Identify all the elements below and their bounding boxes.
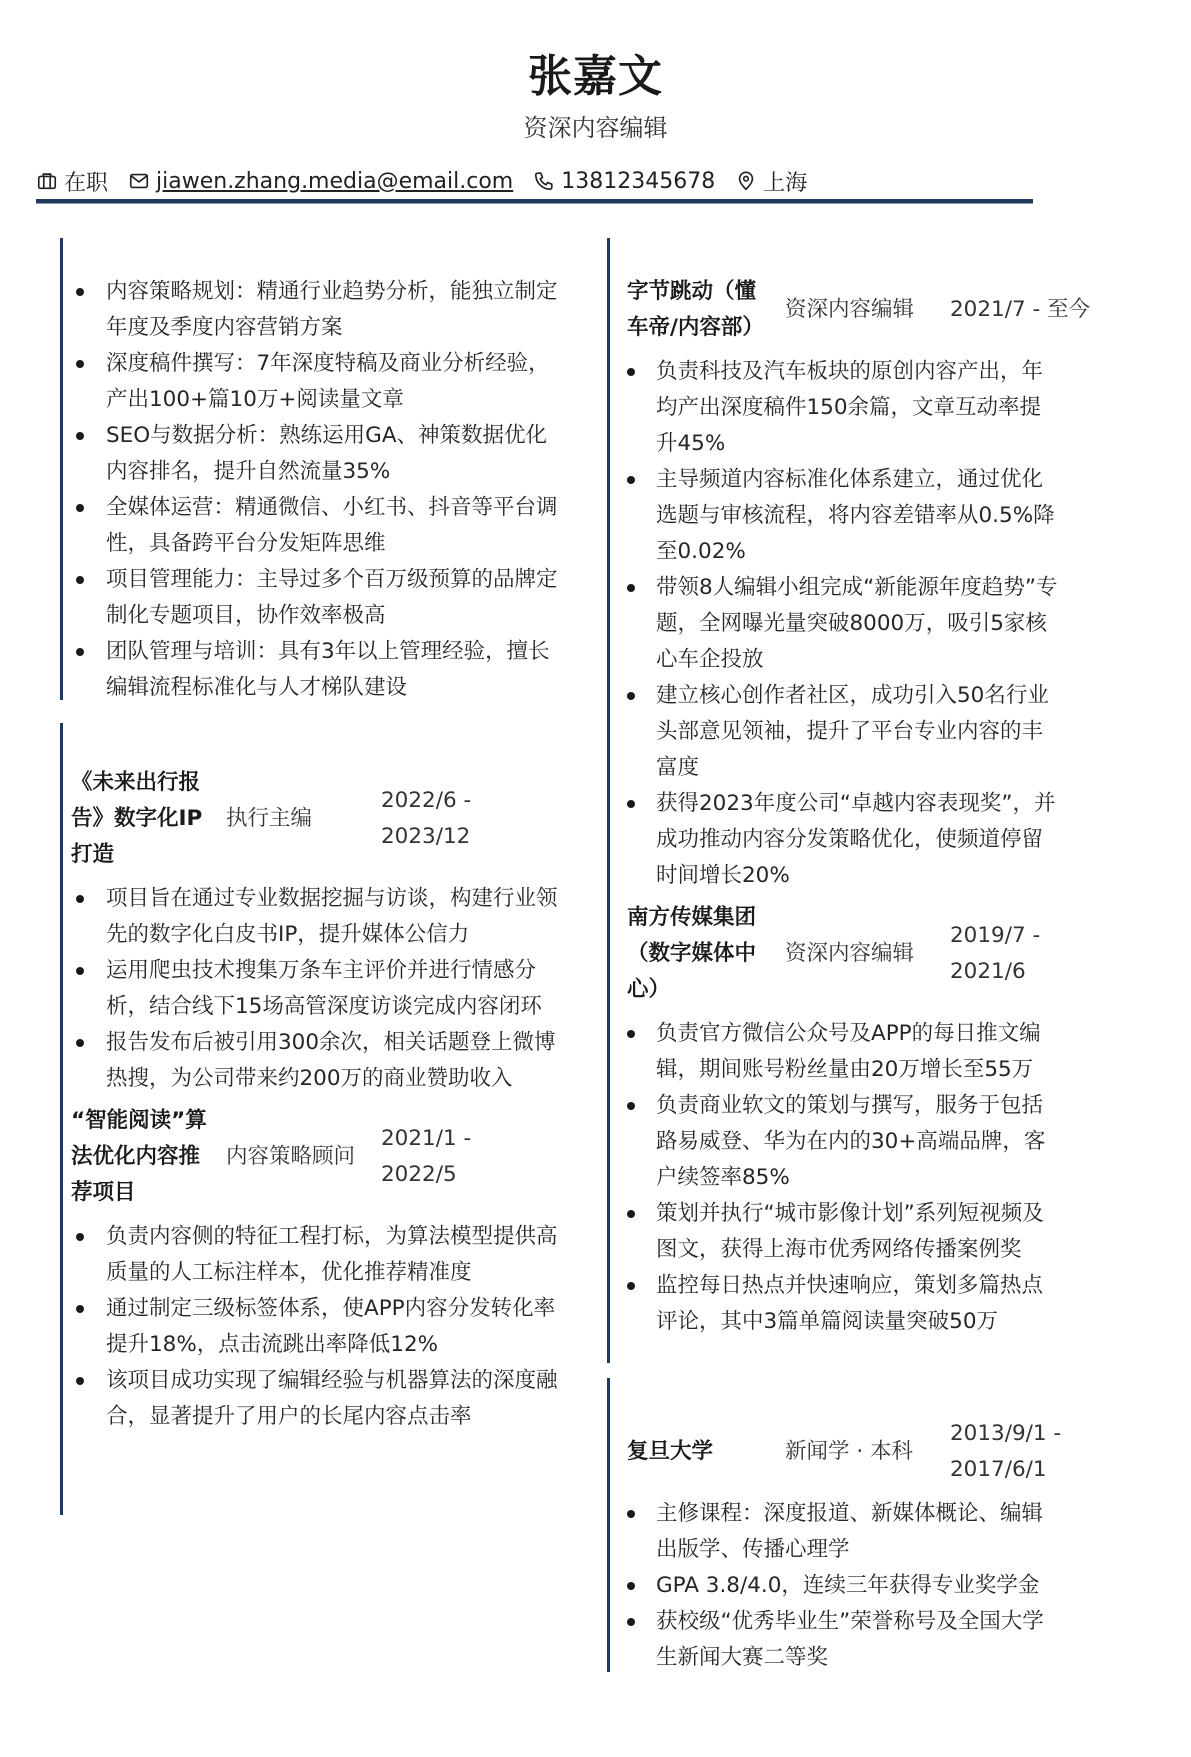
project-bullets: 负责内容侧的特征工程打标，为算法模型提供高质量的人工标注样本，优化推荐精准度 通… [63,1219,563,1435]
education-date: 2013/9/1 - 2017/6/1 [950,1416,1110,1488]
job-title: 资深内容编辑 [0,108,1191,143]
email-link[interactable]: jiawen.zhang.media@email.com [156,169,513,194]
education-bullet: 主修课程：深度报道、新媒体概论、编辑出版学、传播心理学 [610,1496,1150,1568]
candidate-name: 张嘉文 [0,40,1191,104]
work-bullet: 监控每日热点并快速响应，策划多篇热点评论，其中3篇单篇阅读量突破50万 [610,1268,1150,1340]
phone-text: 13812345678 [561,169,715,194]
project-date: 2022/6 - 2023/12 [381,783,491,855]
location-pin-icon [735,170,757,192]
education-bullets: 主修课程：深度报道、新媒体概论、编辑出版学、传播心理学 GPA 3.8/4.0，… [610,1496,1150,1676]
project-bullet: 该项目成功实现了编辑经验与机器算法的深度融合，显著提升了用户的长尾内容点击率 [63,1363,563,1435]
work-bullet: 策划并执行“城市影像计划”系列短视频及图文，获得上海市优秀网络传播案例奖 [610,1196,1150,1268]
header-divider [36,199,1033,203]
project-role: 执行主编 [226,801,381,837]
project-bullet: 项目旨在通过专业数据挖掘与访谈，构建行业领先的数字化白皮书IP，提升媒体公信力 [63,881,563,953]
skill-item: 内容策略规划：精通行业趋势分析，能独立制定年度及季度内容营销方案 [63,274,563,346]
mail-icon [128,170,150,192]
contact-status: 在职 [36,166,108,197]
skill-item: 项目管理能力：主导过多个百万级预算的品牌定制化专题项目，协作效率极高 [63,562,563,634]
project-bullet: 通过制定三级标签体系，使APP内容分发转化率提升18%，点击流跳出率降低12% [63,1291,563,1363]
phone-icon [533,170,555,192]
work-section: 字节跳动（懂车帝/内容部） 资深内容编辑 2021/7 - 至今 负责科技及汽车… [607,238,1150,1363]
work-bullets: 负责官方微信公众号及APP的每日推文编辑，期间账号粉丝量由20万增长至55万 负… [610,1016,1150,1340]
work-date: 2019/7 - 2021/6 [950,918,1110,990]
education-entry: 复旦大学 新闻学 · 本科 2013/9/1 - 2017/6/1 主修课程：深… [610,1416,1150,1676]
work-entry: 字节跳动（懂车帝/内容部） 资深内容编辑 2021/7 - 至今 负责科技及汽车… [610,274,1150,894]
work-bullet: 负责官方微信公众号及APP的每日推文编辑，期间账号粉丝量由20万增长至55万 [610,1016,1150,1088]
project-bullet: 报告发布后被引用300余次，相关话题登上微博热搜，为公司带来约200万的商业赞助… [63,1025,563,1097]
education-bullet: GPA 3.8/4.0，连续三年获得专业奖学金 [610,1568,1150,1604]
skill-item: 团队管理与培训：具有3年以上管理经验，擅长编辑流程标准化与人才梯队建设 [63,634,563,706]
work-bullet: 负责商业软文的策划与撰写，服务于包括路易威登、华为在内的30+高端品牌，客户续签… [610,1088,1150,1196]
project-role: 内容策略顾问 [226,1139,381,1175]
project-entry: 《未来出行报告》数字化IP打造 执行主编 2022/6 - 2023/12 项目… [63,765,563,1097]
work-bullet: 主导频道内容标准化体系建立，通过优化选题与审核流程，将内容差错率从0.5%降至0… [610,462,1150,570]
work-bullet: 获得2023年度公司“卓越内容表现奖”，并成功推动内容分发策略优化，使频道停留时… [610,786,1150,894]
contact-location: 上海 [735,166,807,197]
work-entry: 南方传媒集团（数字媒体中心） 资深内容编辑 2019/7 - 2021/6 负责… [610,900,1150,1340]
project-bullet: 运用爬虫技术搜集万条车主评价并进行情感分析，结合线下15场高管深度访谈完成内容闭… [63,953,563,1025]
work-header: 南方传媒集团（数字媒体中心） 资深内容编辑 2019/7 - 2021/6 [610,900,1150,1008]
skill-item: 深度稿件撰写：7年深度特稿及商业分析经验，产出100+篇10万+阅读量文章 [63,346,563,418]
school-name: 复旦大学 [627,1434,777,1470]
skills-section: 内容策略规划：精通行业趋势分析，能独立制定年度及季度内容营销方案 深度稿件撰写：… [60,238,563,700]
location-text: 上海 [763,166,807,197]
project-date: 2021/1 - 2022/5 [381,1121,491,1193]
skill-item: SEO与数据分析：熟练运用GA、神策数据优化内容排名，提升自然流量35% [63,418,563,490]
education-major: 新闻学 · 本科 [785,1434,950,1470]
work-role: 资深内容编辑 [785,936,950,972]
company-name: 字节跳动（懂车帝/内容部） [627,274,777,346]
work-bullets: 负责科技及汽车板块的原创内容产出，年均产出深度稿件150余篇，文章互动率提升45… [610,354,1150,894]
education-bullet: 获校级“优秀毕业生”荣誉称号及全国大学生新闻大赛二等奖 [610,1604,1150,1676]
project-bullets: 项目旨在通过专业数据挖掘与访谈，构建行业领先的数字化白皮书IP，提升媒体公信力 … [63,881,563,1097]
company-name: 南方传媒集团（数字媒体中心） [627,900,777,1008]
contact-row: 在职 jiawen.zhang.media@email.com 13812345… [36,164,827,198]
project-title: “智能阅读”算法优化内容推荐项目 [71,1103,216,1211]
contact-phone: 13812345678 [533,169,715,194]
skills-list: 内容策略规划：精通行业趋势分析，能独立制定年度及季度内容营销方案 深度稿件撰写：… [63,274,563,706]
projects-section: 《未来出行报告》数字化IP打造 执行主编 2022/6 - 2023/12 项目… [60,723,563,1515]
project-title: 《未来出行报告》数字化IP打造 [71,765,216,873]
work-role: 资深内容编辑 [785,292,950,328]
project-header: 《未来出行报告》数字化IP打造 执行主编 2022/6 - 2023/12 [63,765,563,873]
work-date: 2021/7 - 至今 [950,292,1110,328]
work-bullet: 建立核心创作者社区，成功引入50名行业头部意见领袖，提升了平台专业内容的丰富度 [610,678,1150,786]
project-header: “智能阅读”算法优化内容推荐项目 内容策略顾问 2021/1 - 2022/5 [63,1103,563,1211]
work-bullet: 带领8人编辑小组完成“新能源年度趋势”专题，全网曝光量突破8000万，吸引5家核… [610,570,1150,678]
briefcase-icon [36,170,58,192]
education-section: 复旦大学 新闻学 · 本科 2013/9/1 - 2017/6/1 主修课程：深… [607,1378,1150,1672]
work-bullet: 负责科技及汽车板块的原创内容产出，年均产出深度稿件150余篇，文章互动率提升45… [610,354,1150,462]
project-entry: “智能阅读”算法优化内容推荐项目 内容策略顾问 2021/1 - 2022/5 … [63,1103,563,1435]
skill-item: 全媒体运营：精通微信、小红书、抖音等平台调性，具备跨平台分发矩阵思维 [63,490,563,562]
work-header: 字节跳动（懂车帝/内容部） 资深内容编辑 2021/7 - 至今 [610,274,1150,346]
project-bullet: 负责内容侧的特征工程打标，为算法模型提供高质量的人工标注样本，优化推荐精准度 [63,1219,563,1291]
education-header: 复旦大学 新闻学 · 本科 2013/9/1 - 2017/6/1 [610,1416,1150,1488]
status-text: 在职 [64,166,108,197]
contact-email: jiawen.zhang.media@email.com [128,169,513,194]
